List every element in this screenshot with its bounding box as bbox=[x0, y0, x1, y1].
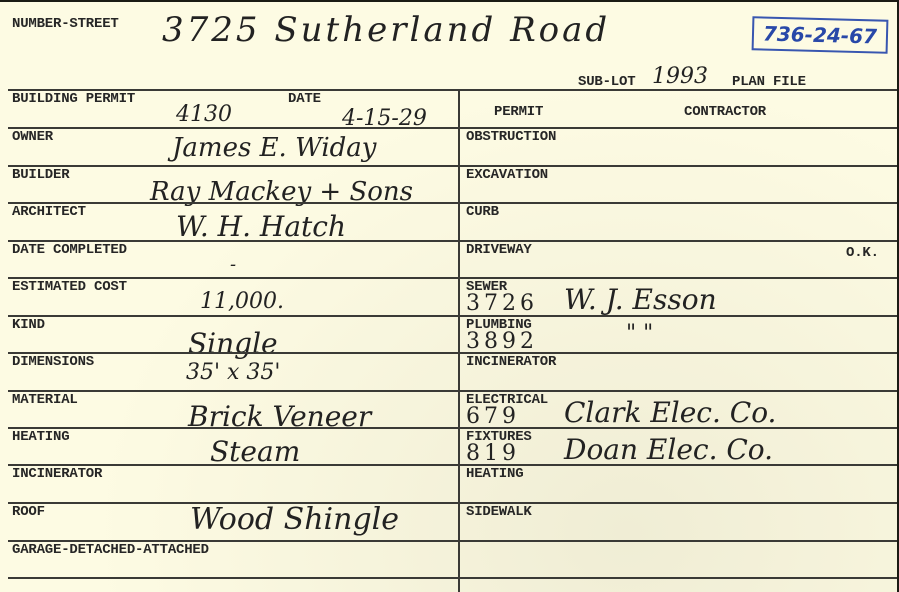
field-label: HEATING bbox=[12, 429, 69, 445]
plan-file-label: PLAN FILE bbox=[732, 74, 806, 90]
permit-note: O.K. bbox=[846, 245, 879, 261]
rule-line bbox=[8, 89, 897, 91]
field-label: BUILDER bbox=[12, 167, 69, 183]
rule-line bbox=[8, 577, 897, 579]
rule-line bbox=[8, 315, 458, 317]
contractor-header: CONTRACTOR bbox=[684, 104, 766, 120]
stamp-number: 736-24-67 bbox=[752, 16, 889, 54]
field-value: Single bbox=[188, 327, 278, 360]
permit-card: NUMBER-STREET 3725 Sutherland Road 736-2… bbox=[0, 2, 897, 592]
sub-lot-label: SUB-LOT bbox=[578, 74, 635, 90]
rule-line bbox=[458, 202, 897, 204]
permit-label: CURB bbox=[466, 204, 499, 220]
number-street-value: 3725 Sutherland Road bbox=[162, 10, 610, 50]
permit-label: DRIVEWAY bbox=[466, 242, 532, 258]
permit-label: OBSTRUCTION bbox=[466, 129, 556, 145]
contractor-value: " " bbox=[626, 321, 653, 346]
rule-line bbox=[8, 127, 458, 129]
field-value: - bbox=[230, 254, 236, 275]
permit-number: 679 bbox=[466, 404, 520, 429]
rule-line bbox=[458, 464, 897, 466]
rule-line bbox=[8, 165, 458, 167]
permit-label: SIDEWALK bbox=[466, 504, 532, 520]
field-label: GARAGE-DETACHED-ATTACHED bbox=[12, 542, 209, 558]
rule-line bbox=[8, 427, 458, 429]
sub-lot-value: 1993 bbox=[652, 64, 708, 89]
field-label: DIMENSIONS bbox=[12, 354, 94, 370]
field-label: DATE COMPLETED bbox=[12, 242, 127, 258]
number-street-label: NUMBER-STREET bbox=[12, 16, 119, 32]
contractor-value: Doan Elec. Co. bbox=[564, 433, 773, 466]
field-value: James E. Widay bbox=[172, 133, 377, 163]
field-value: 11,000. bbox=[200, 289, 284, 314]
field-value: W. H. Hatch bbox=[176, 210, 346, 243]
permit-number: 3726 bbox=[466, 291, 538, 316]
permit-label: EXCAVATION bbox=[466, 167, 548, 183]
permit-number: 819 bbox=[466, 441, 520, 466]
rule-line bbox=[458, 540, 897, 542]
field-value: Wood Shingle bbox=[190, 502, 399, 537]
field-label: ESTIMATED COST bbox=[12, 279, 127, 295]
permit-label: INCINERATOR bbox=[466, 354, 556, 370]
permit-label: HEATING bbox=[466, 466, 523, 482]
field-label: ROOF bbox=[12, 504, 45, 520]
field-label: ARCHITECT bbox=[12, 204, 86, 220]
field-label: KIND bbox=[12, 317, 45, 333]
field-value: 35' x 35' bbox=[186, 360, 280, 385]
date-label: DATE bbox=[288, 91, 321, 107]
field-label: OWNER bbox=[12, 129, 53, 145]
field-label: INCINERATOR bbox=[12, 466, 102, 482]
contractor-value: W. J. Esson bbox=[564, 283, 717, 316]
building-permit-value: 4130 bbox=[176, 102, 232, 127]
permit-header: PERMIT bbox=[494, 104, 543, 120]
building-permit-label: BUILDING PERMIT bbox=[12, 91, 135, 107]
permit-number: 3892 bbox=[466, 329, 538, 354]
field-label: MATERIAL bbox=[12, 392, 78, 408]
rule-line bbox=[458, 277, 897, 279]
contractor-value: Clark Elec. Co. bbox=[564, 396, 776, 429]
